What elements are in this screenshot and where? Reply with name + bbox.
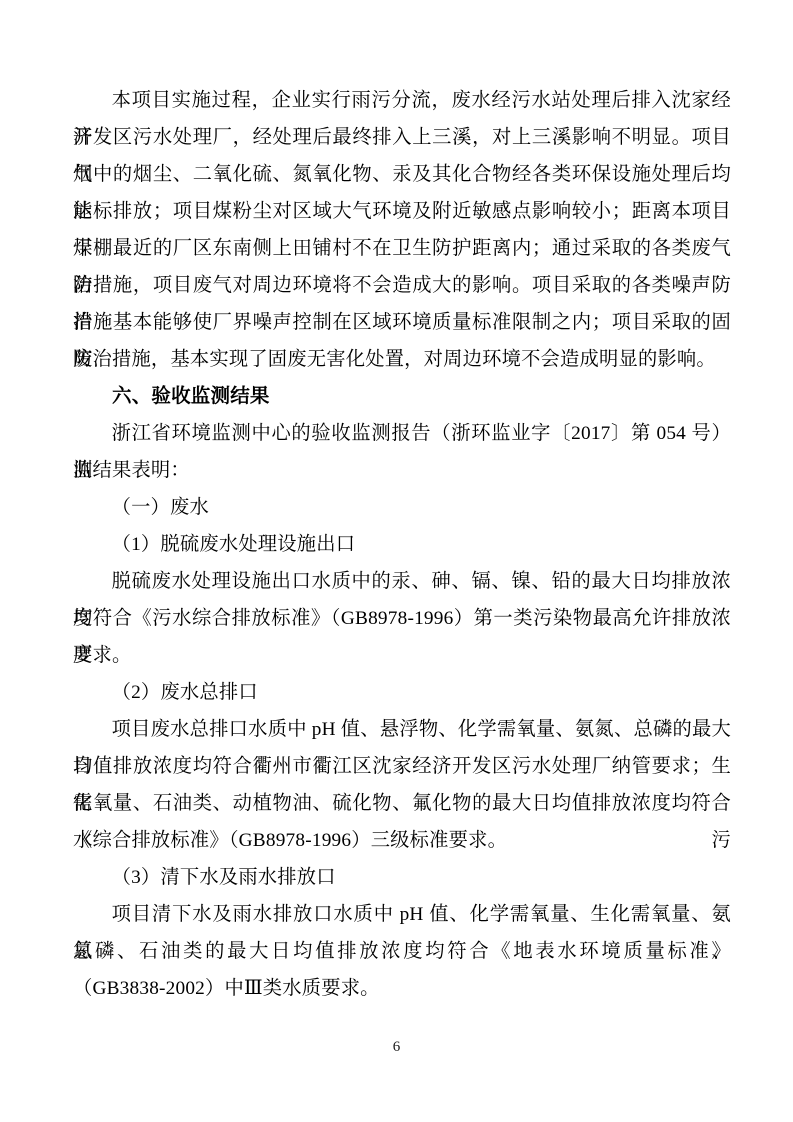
text-line: 措施基本能够使厂界噪声控制在区域环境质量标准限制之内；项目采取的固废 [73,304,731,341]
text-line: 气中的烟尘、二氧化硫、氮氧化物、汞及其化合物经各类环保设施处理后均能 [73,156,731,193]
text-line: 项目废水总排口水质中 pH 值、悬浮物、化学需氧量、氨氮、总磷的最大日 [73,711,731,748]
text-line: 本项目实施过程，企业实行雨污分流，废水经污水站处理后排入沈家经济 [73,82,731,119]
text-line: 达标排放；项目煤粉尘对区域大气环境及附近敏感点影响较小；距离本项目干 [73,193,731,230]
text-line: 浙江省环境监测中心的验收监测报告（浙环监业字〔2017〕第 054 号）监 [73,415,731,452]
text-line: 均符合《污水综合排放标准》（GB8978-1996）第一类污染物最高允许排放浓度 [73,600,731,637]
text-line: 项目清下水及雨水排放口水质中 pH 值、化学需氧量、生化需氧量、氨氮、 [73,896,731,933]
subsection-heading: （一）废水 [73,489,731,526]
page-number: 6 [0,1036,793,1058]
text-line: 防治措施，基本实现了固废无害化处置，对周边环境不会造成明显的影响。 [73,341,731,378]
text-line: 测结果表明： [73,452,731,489]
text-line: 需氧量、石油类、动植物油、硫化物、氟化物的最大日均值排放浓度均符合《污 [73,785,731,822]
section-heading: 六、验收监测结果 [73,378,731,415]
text-line: 脱硫废水处理设施出口水质中的汞、砷、镉、镍、铅的最大日均排放浓度 [73,563,731,600]
text-line: （GB3838-2002）中Ⅲ类水质要求。 [73,970,731,1007]
subsection-heading: （2）废水总排口 [73,674,731,711]
document-body: 本项目实施过程，企业实行雨污分流，废水经污水站处理后排入沈家经济 开发区污水处理… [73,82,731,1007]
text-line: 总磷、石油类的最大日均值排放浓度均符合《地表水环境质量标准》 [73,933,731,970]
text-line: 要求。 [73,637,731,674]
text-line: 煤棚最近的厂区东南侧上田铺村不在卫生防护距离内；通过采取的各类废气防 [73,230,731,267]
text-line: 治措施，项目废气对周边环境将不会造成大的影响。项目采取的各类噪声防治 [73,267,731,304]
subsection-heading: （1）脱硫废水处理设施出口 [73,526,731,563]
subsection-heading: （3）清下水及雨水排放口 [73,859,731,896]
text-line: 开发区污水处理厂，经处理后最终排入上三溪，对上三溪影响不明显。项目烟 [73,119,731,156]
text-line: 均值排放浓度均符合衢州市衢江区沈家经济开发区污水处理厂纳管要求；生化 [73,748,731,785]
document-page: 本项目实施过程，企业实行雨污分流，废水经污水站处理后排入沈家经济 开发区污水处理… [0,0,793,1122]
